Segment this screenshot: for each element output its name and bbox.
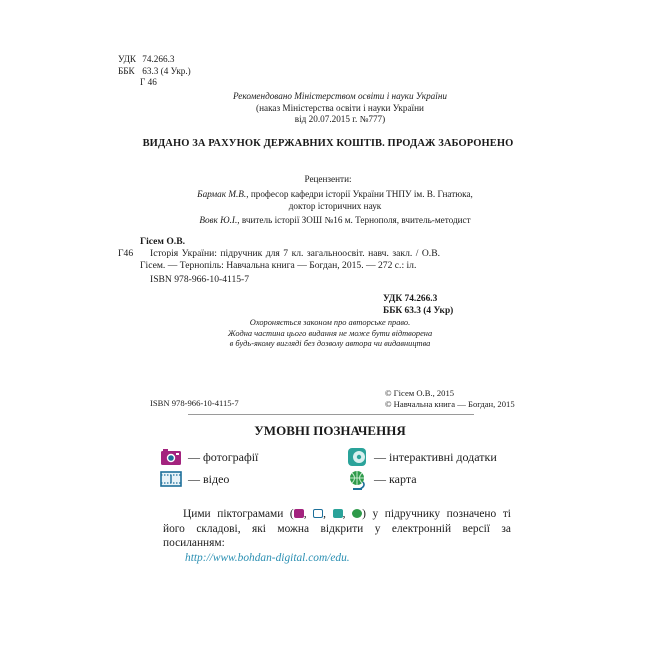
reviewer-1: Бармак М.В., професор кафедри історії Ук… bbox=[170, 189, 500, 212]
globe-icon bbox=[346, 470, 368, 488]
class-mark: Г46 bbox=[118, 248, 140, 272]
copyright-publisher: © Навчальна книга — Богдан, 2015 bbox=[385, 399, 515, 410]
reviewer-name: Вовк Ю.І. bbox=[199, 215, 237, 225]
divider bbox=[188, 414, 474, 415]
catalog-isbn: ISBN 978-966-10-4115-7 bbox=[118, 274, 538, 286]
recommendation-line: від 20.07.2015 г. №777) bbox=[190, 114, 490, 126]
copyrights: © Гісем О.В., 2015 © Навчальна книга — Б… bbox=[385, 388, 515, 409]
legend-item-map: — карта bbox=[346, 470, 417, 488]
reviewer-desc: , професор кафедри історії України ТНПУ … bbox=[246, 189, 473, 199]
reviewer-desc: , вчитель історії ЗОШ №16 м. Тернополя, … bbox=[237, 215, 470, 225]
bbk-bold: ББК 63.3 (4 Укр) bbox=[383, 306, 453, 318]
recommendation-line: (наказ Міністерства освіти і науки Украї… bbox=[190, 103, 490, 115]
udk-bold: УДК 74.266.3 bbox=[383, 294, 453, 306]
bold-codes: УДК 74.266.3 ББК 63.3 (4 Укр) bbox=[383, 294, 453, 317]
reviewer-2: Вовк Ю.І., вчитель історії ЗОШ №16 м. Те… bbox=[150, 215, 520, 227]
legend-item-interactive: — інтерактивні додатки bbox=[346, 448, 497, 466]
camera-icon bbox=[160, 448, 182, 466]
reviewer-name: Бармак М.В. bbox=[197, 189, 246, 199]
legend-title: УМОВНІ ПОЗНАЧЕННЯ bbox=[150, 423, 510, 439]
legend-item-photos: — фотографії bbox=[160, 448, 258, 466]
notice-line: Жодна частина цього видання не може бути… bbox=[180, 329, 480, 340]
legend-item-video: — відео bbox=[160, 470, 229, 488]
interactive-icon bbox=[346, 448, 368, 466]
classification-codes: УДК 74.266.3 ББК 63.3 (4 Укр.) Г 46 bbox=[118, 54, 191, 89]
author-mark: Г 46 bbox=[118, 77, 191, 89]
legend-label: — карта bbox=[374, 472, 417, 487]
film-icon bbox=[160, 470, 182, 488]
notice-line: Охороняється законом про авторське право… bbox=[180, 318, 480, 329]
pictogram-note: Цими піктограмами (, , , ) у підручнику … bbox=[163, 507, 511, 565]
footer-isbn: ISBN 978-966-10-4115-7 bbox=[150, 398, 239, 408]
author-name: Гісем О.В. bbox=[118, 236, 538, 248]
notice-line: в будь-якому вигляді без дозволу автора … bbox=[180, 339, 480, 350]
legend-label: — інтерактивні додатки bbox=[374, 450, 497, 465]
film-icon bbox=[313, 509, 323, 518]
udk-value: 74.266.3 bbox=[142, 54, 174, 64]
copyright-author: © Гісем О.В., 2015 bbox=[385, 388, 515, 399]
udk-label: УДК bbox=[118, 54, 140, 66]
ministry-recommendation: Рекомендовано Міністерством освіти і нау… bbox=[190, 91, 490, 126]
camera-icon bbox=[294, 509, 304, 518]
reviewer-desc-2: доктор історичних наук bbox=[170, 201, 500, 213]
bbk-value: 63.3 (4 Укр.) bbox=[142, 66, 190, 76]
sale-notice: ВИДАНО ЗА РАХУНОК ДЕРЖАВНИХ КОШТІВ. ПРОД… bbox=[118, 138, 538, 149]
reviewers-title: Рецензенти: bbox=[118, 174, 538, 186]
legend-label: — фотографії bbox=[188, 450, 258, 465]
legend-label: — відео bbox=[188, 472, 229, 487]
digital-edition-link[interactable]: http://www.bohdan-digital.com/edu. bbox=[163, 551, 511, 566]
interactive-icon bbox=[333, 509, 343, 518]
catalog-description: Історія України: підручник для 7 кл. заг… bbox=[140, 248, 440, 272]
catalog-entry: Гісем О.В. Г46 Історія України: підручни… bbox=[118, 236, 538, 286]
recommendation-line: Рекомендовано Міністерством освіти і нау… bbox=[190, 91, 490, 103]
bbk-label: ББК bbox=[118, 66, 140, 78]
note-text-before: Цими піктограмами ( bbox=[183, 508, 294, 520]
globe-icon bbox=[352, 509, 362, 518]
copyright-notice: Охороняється законом про авторське право… bbox=[180, 318, 480, 350]
